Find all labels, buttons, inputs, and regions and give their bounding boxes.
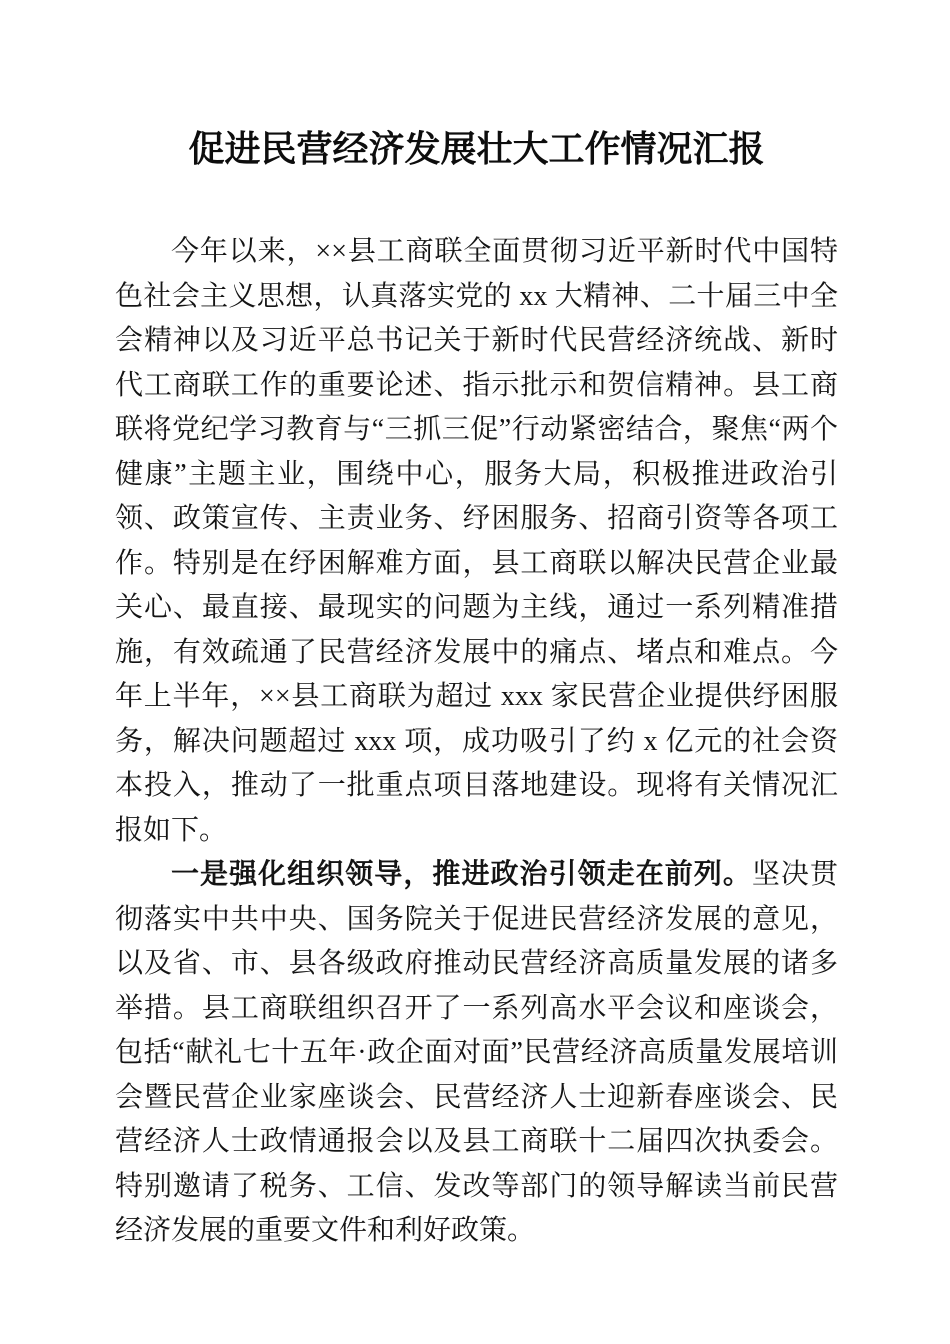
paragraph: 一是强化组织领导，推进政治引领走在前列。坚决贯彻落实中共中央、国务院关于促进民营…	[115, 853, 838, 1254]
paragraph: 今年以来，××县工商联全面贯彻习近平新时代中国特色社会主义思想，认真落实党的 x…	[115, 230, 838, 853]
document-body: 今年以来，××县工商联全面贯彻习近平新时代中国特色社会主义思想，认真落实党的 x…	[115, 230, 838, 1254]
document-page: 促进民营经济发展壮大工作情况汇报 今年以来，××县工商联全面贯彻习近平新时代中国…	[0, 0, 950, 1344]
document-title: 促进民营经济发展壮大工作情况汇报	[115, 124, 838, 174]
paragraph-lead: 一是强化组织领导，推进政治引领走在前列。	[171, 859, 752, 890]
